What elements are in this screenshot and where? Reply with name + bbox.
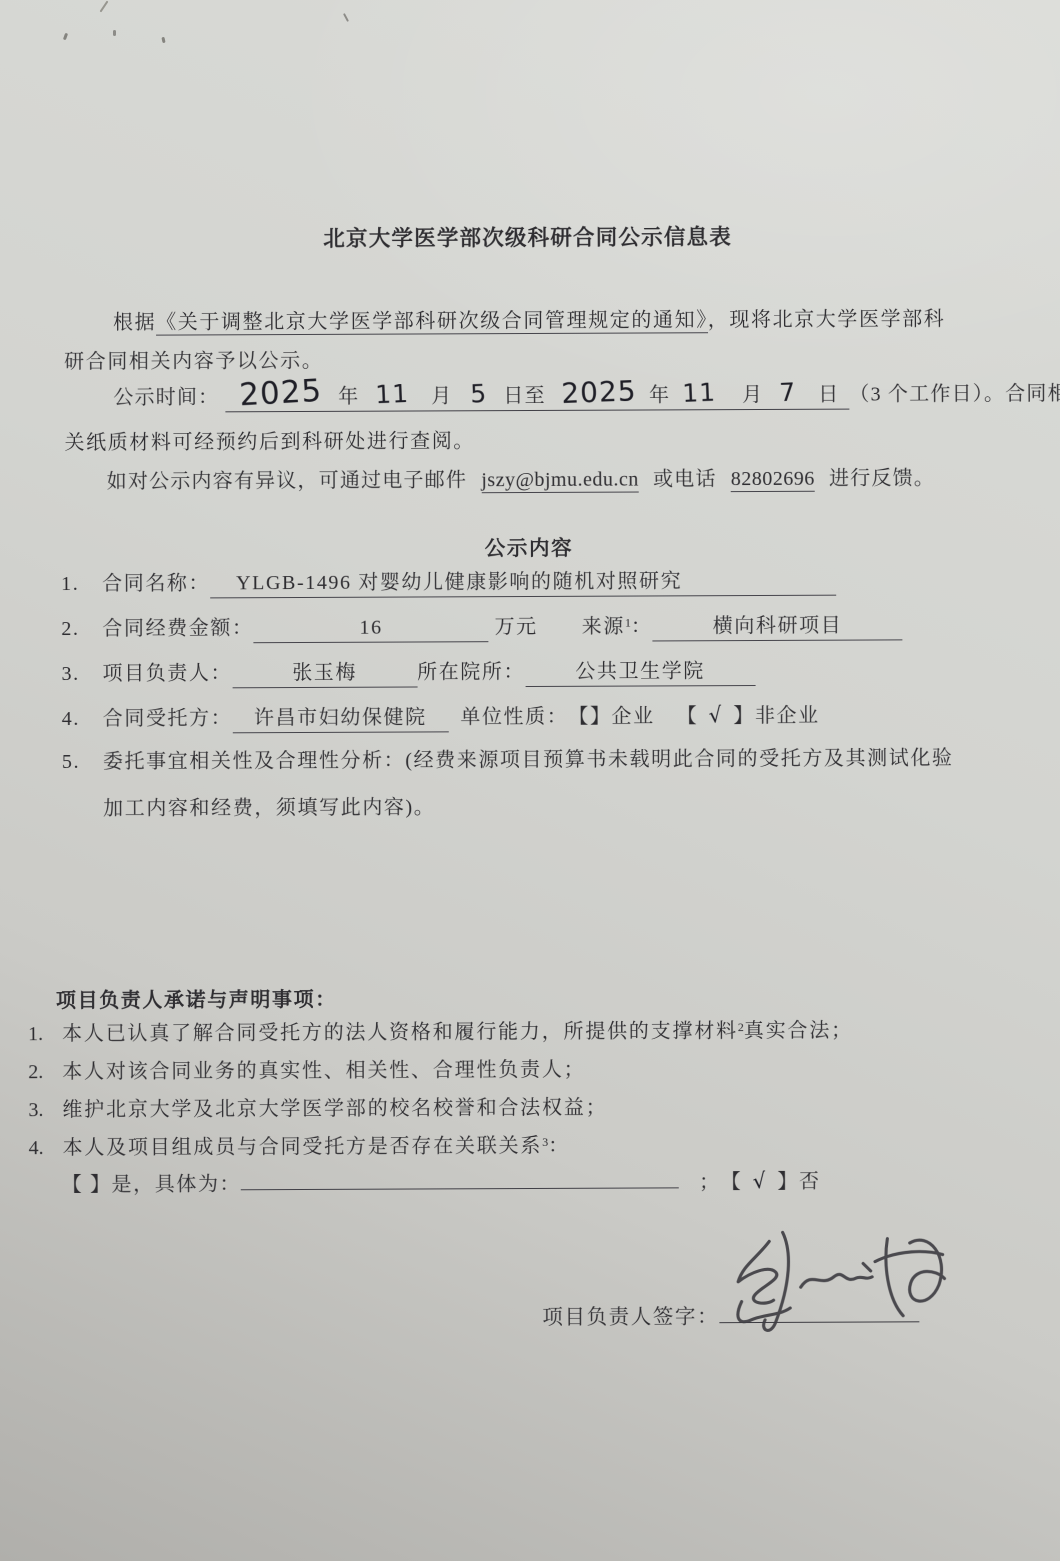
- source-value: 横向科研项目: [652, 608, 902, 641]
- feedback-email: jszy@bjmu.edu.cn: [481, 469, 639, 494]
- contract-name-value: YLGB-1496 对婴幼儿健康影响的随机对照研究: [210, 564, 836, 599]
- non-enterprise-bracket-open: 【: [677, 699, 699, 728]
- item-number: 2.: [61, 618, 102, 641]
- year-char: 年: [649, 378, 670, 407]
- item-label: 项目负责人：: [102, 656, 232, 686]
- item-label: 合同经费金额：: [102, 611, 253, 641]
- notice-title-underlined: 《关于调整北京大学医学部科研次级合同管理规定的通知》: [156, 309, 708, 335]
- nature-label: 单位性质：: [460, 700, 568, 729]
- publicity-period-line: 公示时间： 2025 年 11 月 5 日至 2025 年 11 月 7 日 （…: [113, 377, 1060, 413]
- handwritten-start-month: 11: [375, 384, 410, 405]
- analysis-text-line-1: 委托事宜相关性及合理性分析：(经费来源项目预算书未载明此合同的受托方及其测试化验: [103, 741, 954, 774]
- feedback-line: 如对公示内容有异议，可通过电子邮件 jszy@bjmu.edu.cn 或电话 8…: [107, 461, 935, 494]
- period-suffix: （3 个工作日）。合同相: [849, 377, 1060, 407]
- relationship-yes-no-line: 【 】 是，具体为： ； 【 √ 】 否: [62, 1163, 821, 1197]
- item-number: 3.: [28, 1099, 62, 1122]
- item-number: 4.: [29, 1137, 63, 1160]
- handwritten-checkmark: √: [751, 1168, 769, 1193]
- item-analysis-line-2: 加工内容和经费，须填写此内容)。: [103, 790, 435, 820]
- feedback-phone: 82802696: [731, 468, 815, 492]
- signature-scribble: [710, 1210, 958, 1347]
- period-label: 公示时间：: [113, 380, 219, 409]
- item-number: 3.: [61, 663, 102, 686]
- declaration-text: 本人对该合同业务的真实性、相关性、合理性负责人；: [62, 1053, 585, 1084]
- month-char: 月: [742, 378, 763, 407]
- item-analysis-line-1: 5. 委托事宜相关性及合理性分析：(经费来源项目预算书未载明此合同的受托方及其测…: [62, 741, 954, 774]
- declaration-text: 维护北京大学及北京大学医学部的校名校誉和合法权益；: [62, 1091, 607, 1122]
- handwritten-start-day: 5: [470, 384, 488, 405]
- enterprise-checkbox-brackets: 【】: [568, 700, 611, 729]
- declaration-item-1: 1. 本人已认真了解合同受托方的法人资格和履行能力，所提供的支撑材料2真实合法；: [28, 1014, 853, 1047]
- intro-suffix: ，现将北京大学医学部科: [708, 308, 946, 331]
- no-bracket-open: 【: [721, 1165, 743, 1194]
- form-sheet: 北京大学医学部次级科研合同公示信息表 根据《关于调整北京大学医学部科研次级合同管…: [0, 0, 1060, 1561]
- declaration-item-4: 4. 本人及项目组成员与合同受托方是否存在关联关系3：: [29, 1129, 571, 1160]
- separator-semicolon: ；: [699, 1165, 721, 1194]
- declaration-item-2: 2. 本人对该合同业务的真实性、相关性、合理性负责人；: [28, 1053, 585, 1084]
- intro-line-1: 根据《关于调整北京大学医学部科研次级合同管理规定的通知》，现将北京大学医学部科: [113, 302, 946, 335]
- enterprise-option-label: 企业: [611, 699, 654, 728]
- item-number: 1.: [61, 573, 102, 596]
- handwritten-checkmark: √: [707, 702, 725, 727]
- declaration-text: 本人及项目组成员与合同受托方是否存在关联关系3：: [63, 1129, 571, 1160]
- declaration-item-3: 3. 维护北京大学及北京大学医学部的校名校誉和合法权益；: [28, 1091, 607, 1123]
- feedback-mid: 或电话: [653, 468, 717, 490]
- day-char: 日: [818, 378, 839, 407]
- item-number: 5.: [62, 751, 103, 774]
- yes-option-label: 是，具体为：: [111, 1167, 241, 1197]
- handwritten-end-day: 7: [779, 383, 797, 404]
- feedback-prefix: 如对公示内容有异议，可通过电子邮件: [107, 469, 467, 493]
- feedback-suffix: 进行反馈。: [829, 467, 935, 489]
- yes-checkbox-brackets: 【 】: [62, 1168, 112, 1197]
- declaration-text: 本人已认真了解合同受托方的法人资格和履行能力，所提供的支撑材料2真实合法；: [62, 1014, 853, 1046]
- page-title: 北京大学医学部次级科研合同公示信息表: [0, 219, 1058, 255]
- declaration-header: 项目负责人承诺与声明事项：: [56, 983, 337, 1013]
- yes-detail-blank-line: [241, 1163, 679, 1190]
- item-contract-amount: 2. 合同经费金额： 16 万元 来源1： 横向科研项目: [61, 608, 902, 644]
- scanned-document-photo: 北京大学医学部次级科研合同公示信息表 根据《关于调整北京大学医学部科研次级合同管…: [0, 0, 1060, 1561]
- item-number: 1.: [28, 1023, 62, 1046]
- item-label: 合同名称：: [102, 566, 210, 595]
- year-char: 年: [338, 380, 359, 409]
- dept-label: 所在院所：: [417, 655, 525, 684]
- signature-label: 项目负责人签字：: [542, 1299, 719, 1330]
- intro-line-2: 研合同相关内容予以公示。: [64, 344, 323, 374]
- item-project-leader: 3. 项目负责人： 张玉梅 所在院所： 公共卫生学院: [61, 654, 755, 689]
- leader-name-value: 张玉梅: [232, 655, 417, 688]
- item-contract-name: 1. 合同名称： YLGB-1496 对婴幼儿健康影响的随机对照研究: [61, 564, 836, 599]
- amount-value: 16: [253, 616, 488, 643]
- item-trustee: 4. 合同受托方： 许昌市妇幼保健院 单位性质： 【】 企业 【 √ 】 非企业: [62, 699, 820, 734]
- dept-value: 公共卫生学院: [525, 654, 755, 687]
- day-to-chars: 日至: [503, 379, 546, 408]
- non-enterprise-bracket-close: 】: [733, 699, 755, 728]
- item-number: 2.: [28, 1061, 62, 1084]
- handwritten-end-year: 2025: [561, 381, 637, 404]
- handwritten-start-year: 2025: [239, 381, 323, 406]
- handwritten-end-month: 11: [682, 383, 717, 404]
- item-number: 4.: [62, 708, 103, 731]
- intro-prefix: 根据: [113, 312, 156, 334]
- source-label: 来源1：: [582, 609, 653, 638]
- no-bracket-close: 】: [777, 1165, 799, 1194]
- period-filled-blank: 2025 年 11 月 5 日至 2025 年 11 月 7 日: [225, 378, 849, 413]
- publicity-period-line-2: 关纸质材料可经预约后到科研处进行查阅。: [64, 424, 475, 455]
- trustee-value: 许昌市妇幼保健院: [232, 700, 448, 733]
- content-section-header: 公示内容: [0, 529, 1059, 564]
- month-char: 月: [431, 379, 452, 408]
- non-enterprise-option-label: 非企业: [755, 699, 820, 728]
- item-label: 合同受托方：: [103, 701, 233, 731]
- amount-unit: 万元: [494, 610, 537, 639]
- no-option-label: 否: [799, 1165, 821, 1194]
